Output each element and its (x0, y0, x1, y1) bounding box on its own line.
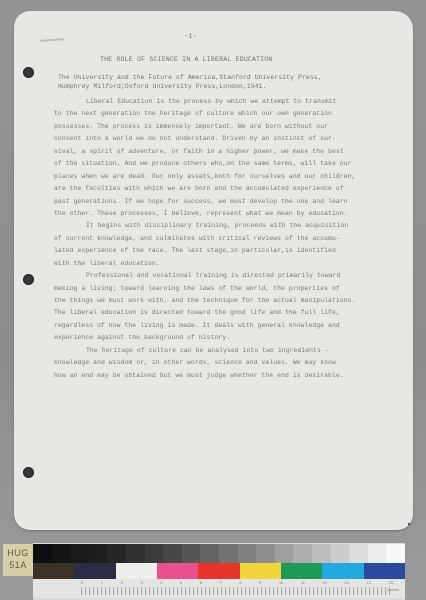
text-line: how an end may be obtained but we must j… (54, 370, 416, 382)
text-line: The heritage of culture can be analysed … (54, 345, 416, 357)
text-line: making a living; toward learning the law… (54, 283, 416, 295)
citation-line: Humphrey Milford;Oxford University Press… (58, 82, 322, 91)
gray-patch (312, 544, 331, 563)
ruler-number: 7 (219, 580, 221, 587)
ruler-number: 8 (239, 580, 241, 587)
ruler-number: 15 (389, 580, 393, 587)
typewritten-page: -1- THE ROLE OF SCIENCE IN A LIBERAL EDU… (14, 11, 413, 530)
ruler: 0123456789101112131415 inches (33, 579, 405, 598)
color-patch (116, 563, 157, 579)
gray-patch (126, 544, 145, 563)
gray-patch (293, 544, 312, 563)
text-line: experience against the background of his… (54, 332, 416, 344)
text-line: It begins with disciplinary training, pr… (54, 220, 416, 232)
ruler-ticks (81, 587, 393, 595)
punch-hole-bottom (23, 467, 34, 478)
color-patch (322, 563, 363, 579)
ruler-number: 0 (81, 580, 83, 587)
gray-patch (107, 544, 126, 563)
text-line: of the situation. And we produce others … (54, 158, 416, 170)
gray-patch (368, 544, 387, 563)
gray-patch (331, 544, 350, 563)
gray-patch (238, 544, 257, 563)
citation-line: The University and the Future of America… (58, 73, 322, 82)
text-line: lated experience of the race. The last s… (54, 245, 416, 257)
ruler-number: 3 (140, 580, 142, 587)
gray-patch (349, 544, 368, 563)
punch-hole-top (23, 67, 34, 78)
archive-label: HUG 51A (3, 544, 33, 576)
color-patch (198, 563, 239, 579)
document-title: THE ROLE OF SCIENCE IN A LIBERAL EDUCATI… (100, 56, 273, 63)
text-line: Professional and vocational training is … (54, 270, 416, 282)
ruler-number: 5 (180, 580, 182, 587)
gray-patch (163, 544, 182, 563)
page-number: -1- (184, 33, 197, 41)
ruler-number: 12 (323, 580, 327, 587)
gray-patch (200, 544, 219, 563)
gray-patch (52, 544, 71, 563)
ruler-number: 6 (200, 580, 202, 587)
text-line: are the faculties with which we are born… (54, 183, 416, 195)
gray-patch (275, 544, 294, 563)
text-line: Liberal Education is the process by whic… (54, 96, 416, 108)
color-strip (33, 563, 405, 579)
gray-patch (89, 544, 108, 563)
grayscale-strip (33, 544, 405, 563)
ruler-number: 4 (160, 580, 162, 587)
body-text: Liberal Education is the process by whic… (54, 96, 416, 382)
text-line: possesses. The process is immensely impo… (54, 121, 416, 133)
text-line: the things we must work with, and the te… (54, 295, 416, 307)
color-patch (281, 563, 322, 579)
text-line: to the next generation the heritage of c… (54, 108, 416, 120)
gray-patch (182, 544, 201, 563)
gray-patch (386, 544, 405, 563)
handwritten-mark (40, 36, 64, 42)
color-patch (157, 563, 198, 579)
gray-patch (70, 544, 89, 563)
color-patch (33, 563, 74, 579)
ruler-number: 2 (121, 580, 123, 587)
ruler-number: 10 (279, 580, 283, 587)
gray-patch (145, 544, 164, 563)
color-patch (240, 563, 281, 579)
text-line: vival, a spirit of adventure, or faith i… (54, 146, 416, 158)
ruler-number: 9 (259, 580, 261, 587)
text-line: knowledge and wisdom or, in other words,… (54, 357, 416, 369)
color-patch (364, 563, 405, 579)
archive-label-line: 51A (3, 559, 33, 571)
text-line: of current knowledge, and culminates wit… (54, 233, 416, 245)
ruler-number: 14 (367, 580, 371, 587)
gray-patch (33, 544, 52, 563)
text-line: with the liberal education. (54, 258, 416, 270)
punch-hole-middle (23, 274, 34, 285)
text-line: consent into a world we do not understan… (54, 133, 416, 145)
ruler-number: 13 (345, 580, 349, 587)
text-line: regardless of how the living is made. It… (54, 320, 416, 332)
archive-label-line: HUG (3, 547, 33, 559)
gray-patch (256, 544, 275, 563)
citation: The University and the Future of America… (58, 73, 322, 91)
ruler-number: 11 (301, 580, 305, 587)
text-line: past generations. If we hope for success… (54, 196, 416, 208)
ruler-numbers: 0123456789101112131415 (81, 580, 393, 587)
corner-mark (408, 523, 410, 525)
ruler-number: 1 (101, 580, 103, 587)
color-patch (74, 563, 115, 579)
text-line: The liberal education is directed toward… (54, 307, 416, 319)
ruler-unit: inches (387, 587, 399, 592)
text-line: places when we are dead. Our only assets… (54, 171, 416, 183)
text-line: the other. These processes, I believe, r… (54, 208, 416, 220)
gray-patch (219, 544, 238, 563)
